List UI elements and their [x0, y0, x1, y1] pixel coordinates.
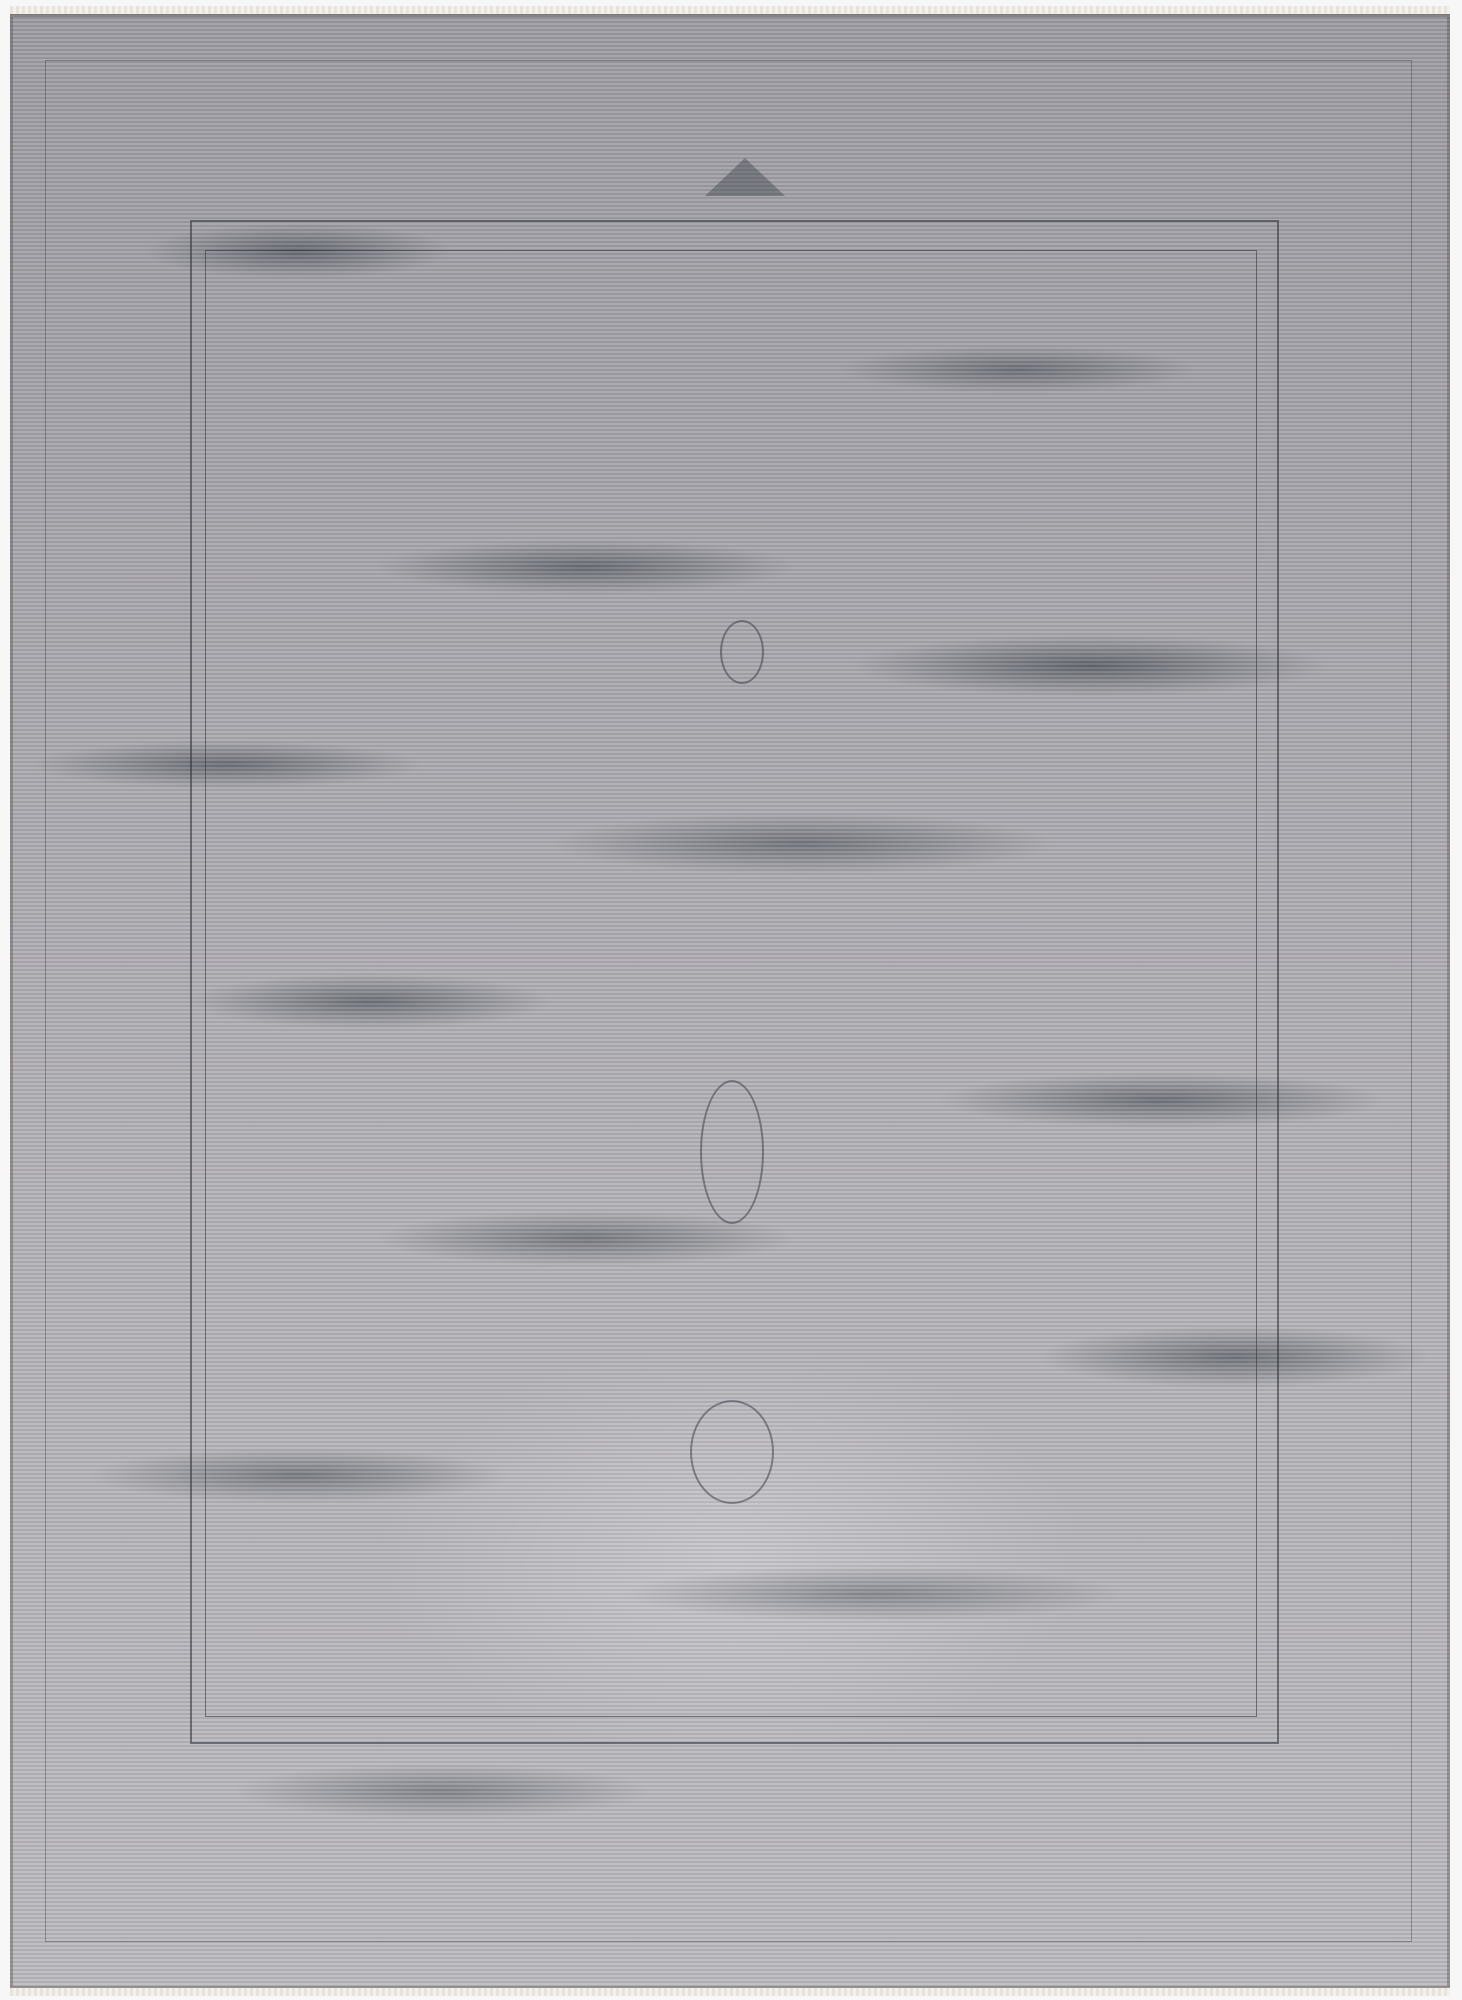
- central-medallion-motif: [700, 1080, 764, 1224]
- rug-fringe-top: [10, 6, 1450, 14]
- triangle-motif-icon: [705, 158, 785, 196]
- rug-fringe-bottom: [10, 1988, 1450, 1996]
- lower-medallion-motif: [690, 1400, 774, 1504]
- upper-medallion-motif: [720, 620, 764, 684]
